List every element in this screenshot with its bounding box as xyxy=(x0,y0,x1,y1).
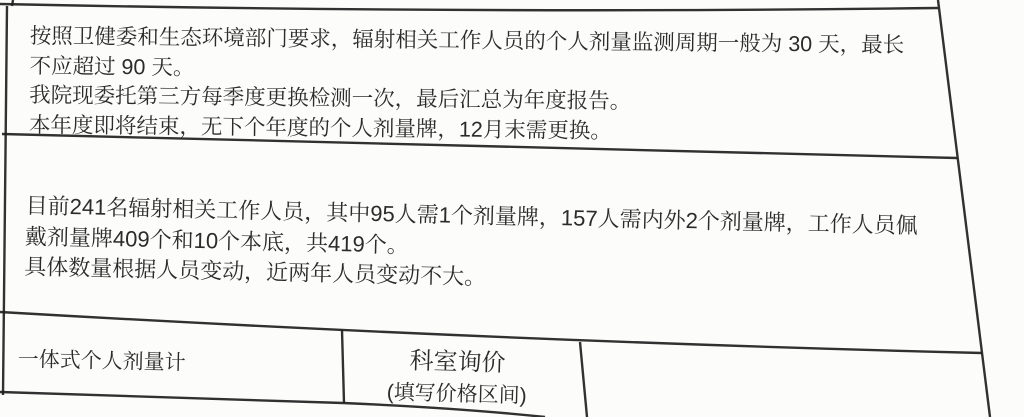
cell-price-inquiry-header: 科室询价 (填写价格区间) xyxy=(350,344,564,414)
price-inquiry-subtitle: (填写价格区间) xyxy=(350,375,563,414)
scanned-table-photo: 按照卫健委和生态环境部门要求，辐射相关工作人员的个人剂量监测周期一般为 30 天… xyxy=(0,0,1024,417)
column-divider-price-value xyxy=(580,342,587,417)
cell-price-range-value xyxy=(600,355,960,415)
cell-monitoring-requirements: 按照卫健委和生态环境部门要求，辐射相关工作人员的个人剂量监测周期一般为 30 天… xyxy=(29,22,940,150)
column-divider-item-price xyxy=(342,330,344,403)
table-left-border xyxy=(3,6,7,395)
table-top-border xyxy=(0,4,938,10)
